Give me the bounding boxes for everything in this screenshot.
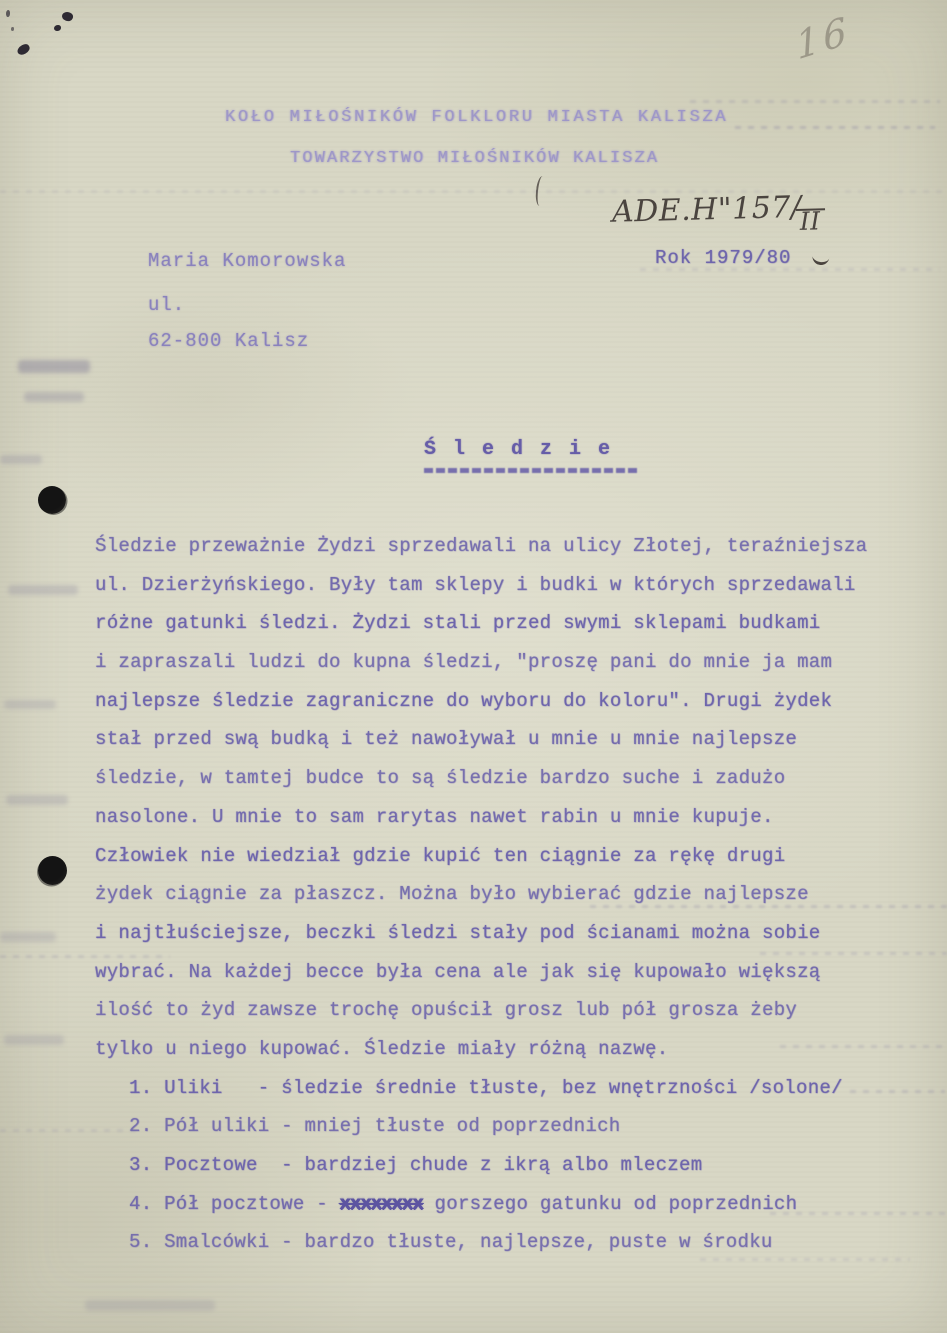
bleed-smudge — [0, 455, 42, 464]
author-city: 62-800 Kalisz — [148, 330, 309, 352]
typed-line: Człowiek nie wiedział gdzie kupić ten ci… — [0, 837, 947, 876]
ink-speck — [61, 10, 74, 22]
bleed-mark — [0, 1129, 140, 1132]
reference-main: ADE.H"157/ — [612, 190, 802, 230]
bleed-mark — [640, 268, 940, 271]
title-text: Ś l e d z i e — [424, 438, 613, 461]
bleed-mark — [0, 955, 170, 958]
author-street: ul. — [148, 294, 185, 316]
typed-line: ul. Dzierżyńskiego. Były tam sklepy i bu… — [0, 566, 947, 605]
bleed-smudge — [4, 700, 56, 709]
typed-line: śledzie, w tamtej budce to są śledzie ba… — [0, 759, 947, 798]
typed-line: i zapraszali ludzi do kupna śledzi, "pro… — [0, 643, 947, 682]
header-society-line1: KOŁO MIŁOŚNIKÓW FOLKLORU MIASTA KALISZA — [225, 108, 728, 127]
typed-line: 2. Pół uliki - mniej tłuste od poprzedni… — [0, 1107, 947, 1146]
typed-line: 3. Pocztowe - bardziej chude z ikrą albo… — [0, 1146, 947, 1185]
bleed-mark — [700, 1258, 910, 1261]
struck-out-word: xxxxxxxx — [340, 1193, 423, 1215]
typed-line: i najtłuściejsze, beczki śledzi stały po… — [0, 914, 947, 953]
bleed-mark — [760, 952, 947, 955]
document-title: Ś l e d z i e — [424, 438, 640, 473]
punch-hole — [38, 486, 66, 514]
bleed-smudge — [8, 585, 78, 595]
typed-body: Śledzie przeważnie Żydzi sprzedawali na … — [0, 527, 947, 1262]
bleed-smudge — [18, 360, 90, 373]
punch-hole — [38, 856, 67, 885]
bleed-mark — [770, 1212, 947, 1215]
bleed-smudge — [85, 1300, 215, 1311]
typed-line: 5. Smalcówki - bardzo tłuste, najlepsze,… — [0, 1223, 947, 1262]
typed-line: 4. Pół pocztowe - xxxxxxxx gorszego gatu… — [0, 1185, 947, 1224]
bleed-mark — [590, 905, 947, 908]
bleed-mark — [0, 190, 947, 193]
typed-line: tylko u niego kupować. Śledzie miały róż… — [0, 1030, 947, 1069]
typed-line: najlepsze śledzie zagraniczne do wyboru … — [0, 682, 947, 721]
document-page: { "page": { "pencil_number": "16" }, "co… — [0, 0, 947, 1333]
typed-line: różne gatunki śledzi. Żydzi stali przed … — [0, 604, 947, 643]
ink-speck — [11, 27, 14, 31]
bleed-mark — [850, 1090, 945, 1093]
typed-line: wybrać. Na każdej becce była cena ale ja… — [0, 953, 947, 992]
handwritten-tick — [811, 253, 829, 266]
bleed-smudge — [0, 932, 56, 942]
typed-line: żydek ciągnie za płaszcz. Można było wyb… — [0, 875, 947, 914]
typed-line: ilość to żyd zawsze trochę opuścił grosz… — [0, 991, 947, 1030]
bleed-smudge — [24, 392, 84, 402]
bleed-mark — [780, 1045, 947, 1048]
typed-line: 1. Uliki - śledzie średnie tłuste, bez w… — [0, 1069, 947, 1108]
author-name: Maria Komorowska — [148, 250, 346, 272]
bleed-mark — [735, 126, 935, 129]
year-stamp: Rok 1979/80 — [655, 247, 791, 269]
bleed-smudge — [6, 795, 68, 805]
bleed-mark — [690, 100, 940, 103]
page-number-pencil: 16 — [794, 8, 853, 69]
typed-line: nasolone. U mnie to sam rarytas nawet ra… — [0, 798, 947, 837]
reference-denominator: II — [796, 208, 825, 233]
typed-line: Śledzie przeważnie Żydzi sprzedawali na … — [0, 527, 947, 566]
header-society-line2: TOWARZYSTWO MIŁOŚNIKÓW KALISZA — [290, 149, 659, 168]
bleed-smudge — [4, 1035, 64, 1045]
ink-speck — [6, 10, 10, 17]
handwritten-reference: ADE.H"157/II — [612, 189, 826, 230]
typed-line: stał przed swą budką i też nawoływał u m… — [0, 720, 947, 759]
ink-speck — [16, 42, 32, 56]
ink-speck — [54, 25, 61, 31]
title-underline — [424, 468, 640, 473]
